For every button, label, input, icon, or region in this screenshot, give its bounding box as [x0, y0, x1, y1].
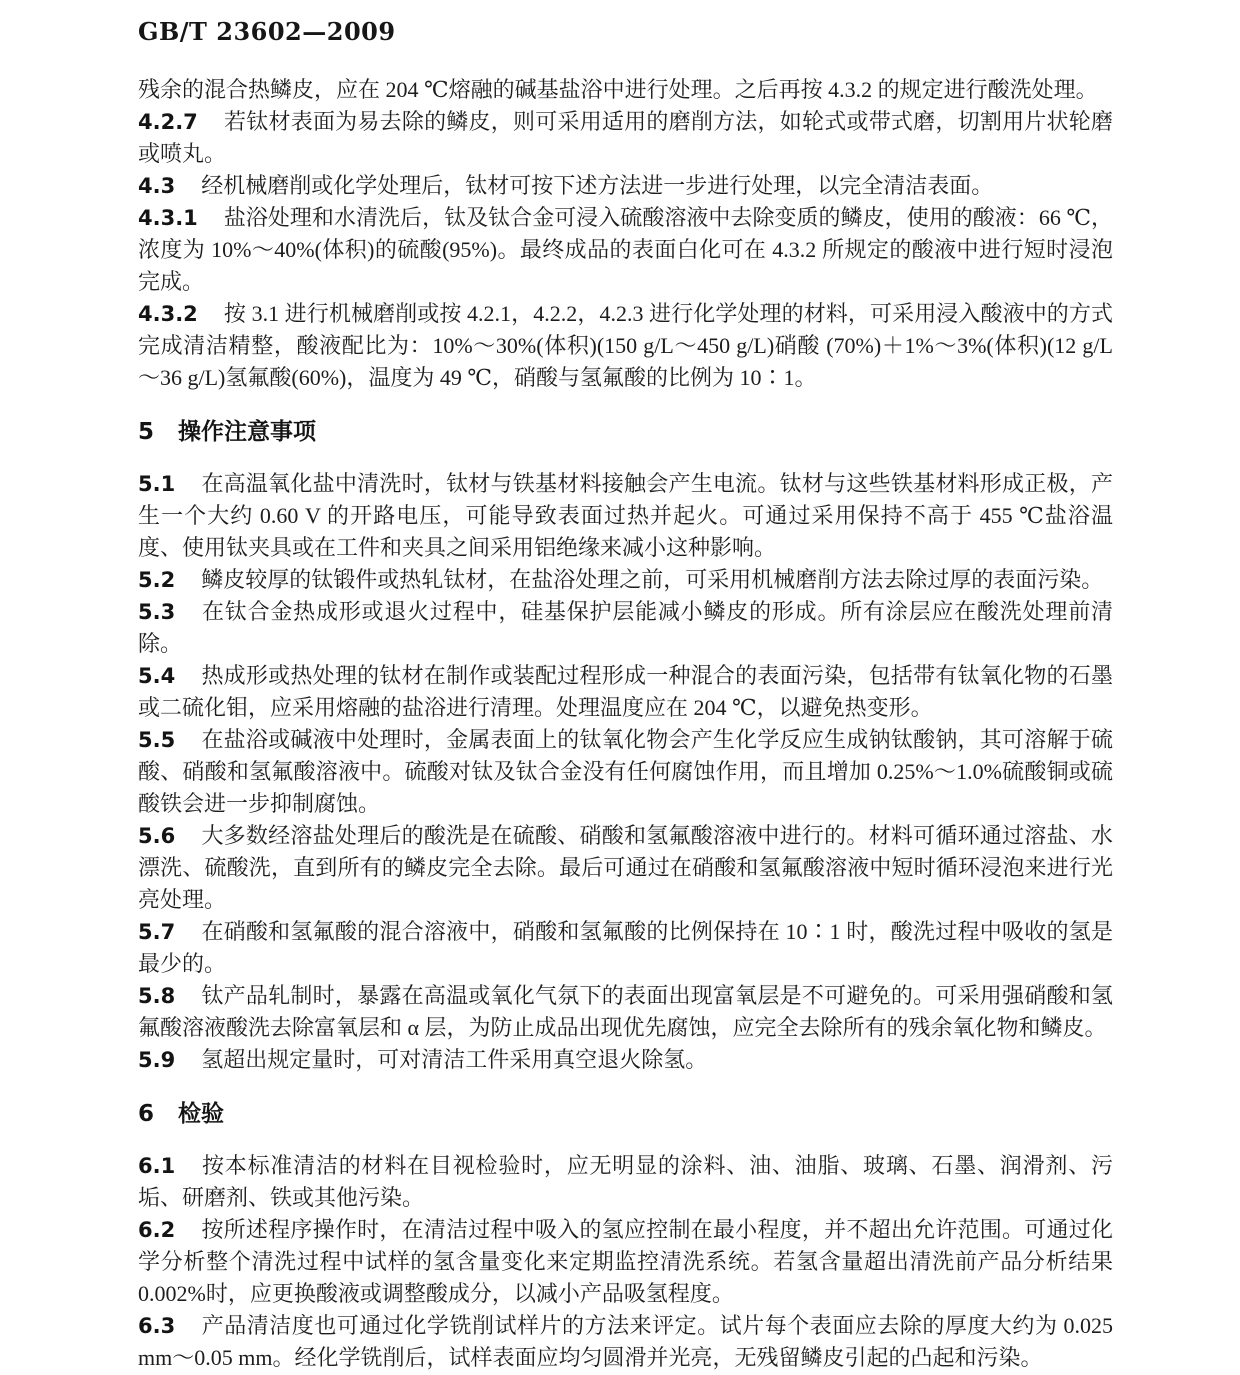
section-heading: 5操作注意事项 — [138, 416, 1113, 448]
clause-text: 操作注意事项 — [178, 419, 316, 445]
clause-number: 5 — [138, 419, 154, 445]
clause-number: 4.3.2 — [138, 302, 198, 326]
clause-number: 5.4 — [138, 664, 175, 688]
clause-paragraph: 5.7在硝酸和氢氟酸的混合溶液中，硝酸和氢氟酸的比例保持在 10∶1 时，酸洗过… — [138, 916, 1113, 980]
clause-paragraph: 5.9氢超出规定量时，可对清洁工件采用真空退火除氢。 — [138, 1044, 1113, 1076]
clause-paragraph: 5.4热成形或热处理的钛材在制作或装配过程形成一种混合的表面污染，包括带有钛氧化… — [138, 660, 1113, 724]
clause-paragraph: 5.1在高温氧化盐中清洗时，钛材与铁基材料接触会产生电流。钛材与这些铁基材料形成… — [138, 468, 1113, 564]
clause-number: 4.3 — [138, 174, 175, 198]
scanned-standard-page: GB/T 23602—2009 残余的混合热鳞皮，应在 204 ℃熔融的碱基盐浴… — [0, 0, 1240, 1375]
clause-number: 6.3 — [138, 1314, 175, 1338]
clause-text: 检验 — [178, 1101, 224, 1127]
clause-paragraph: 5.3在钛合金热成形或退火过程中，硅基保护层能减小鳞皮的形成。所有涂层应在酸洗处… — [138, 596, 1113, 660]
clause-number: 6 — [138, 1101, 154, 1127]
clause-text: 热成形或热处理的钛材在制作或装配过程形成一种混合的表面污染，包括带有钛氧化物的石… — [138, 663, 1113, 720]
clause-text: 按 3.1 进行机械磨削或按 4.2.1，4.2.2，4.2.3 进行化学处理的… — [138, 301, 1113, 390]
clause-text: 在硝酸和氢氟酸的混合溶液中，硝酸和氢氟酸的比例保持在 10∶1 时，酸洗过程中吸… — [138, 919, 1113, 976]
clause-number: 5.6 — [138, 824, 175, 848]
clause-text: 在钛合金热成形或退火过程中，硅基保护层能减小鳞皮的形成。所有涂层应在酸洗处理前清… — [138, 599, 1113, 656]
clause-number: 5.2 — [138, 568, 175, 592]
clause-number: 5.1 — [138, 472, 175, 496]
clause-number: 5.9 — [138, 1048, 175, 1072]
clause-number: 6.1 — [138, 1154, 175, 1178]
clause-text: 在高温氧化盐中清洗时，钛材与铁基材料接触会产生电流。钛材与这些铁基材料形成正极，… — [138, 471, 1113, 560]
clause-number: 6.2 — [138, 1218, 175, 1242]
clause-text: 在盐浴或碱液中处理时，金属表面上的钛氧化物会产生化学反应生成钠钛酸钠，其可溶解于… — [138, 727, 1113, 816]
clause-text: 残余的混合热鳞皮，应在 204 ℃熔融的碱基盐浴中进行处理。之后再按 4.3.2… — [138, 77, 1098, 102]
clause-paragraph: 6.1按本标准清洁的材料在目视检验时，应无明显的涂料、油、油脂、玻璃、石墨、润滑… — [138, 1150, 1113, 1214]
clause-text: 若钛材表面为易去除的鳞皮，则可采用适用的磨削方法，如轮式或带式磨，切割用片状轮磨… — [138, 109, 1113, 166]
clause-paragraph: 5.5在盐浴或碱液中处理时，金属表面上的钛氧化物会产生化学反应生成钠钛酸钠，其可… — [138, 724, 1113, 820]
clause-text: 按本标准清洁的材料在目视检验时，应无明显的涂料、油、油脂、玻璃、石墨、润滑剂、污… — [138, 1153, 1113, 1210]
clause-text: 按所述程序操作时，在清洁过程中吸入的氢应控制在最小程度，并不超出允许范围。可通过… — [138, 1217, 1113, 1306]
clause-number: 4.2.7 — [138, 110, 198, 134]
clause-number: 5.5 — [138, 728, 175, 752]
clause-text: 氢超出规定量时，可对清洁工件采用真空退火除氢。 — [201, 1047, 707, 1072]
clause-number: 5.3 — [138, 600, 175, 624]
standard-number-header: GB/T 23602—2009 — [138, 16, 1113, 48]
clause-text: 鳞皮较厚的钛锻件或热轧钛材，在盐浴处理之前，可采用机械磨削方法去除过厚的表面污染… — [201, 567, 1103, 592]
clause-text: 盐浴处理和水清洗后，钛及钛合金可浸入硫酸溶液中去除变质的鳞皮，使用的酸液：66 … — [138, 205, 1113, 294]
clause-text: 钛产品轧制时，暴露在高温或氧化气氛下的表面出现富氧层是不可避免的。可采用强硝酸和… — [138, 983, 1113, 1040]
page-content: GB/T 23602—2009 残余的混合热鳞皮，应在 204 ℃熔融的碱基盐浴… — [138, 16, 1113, 1374]
clause-paragraph: 6.3产品清洁度也可通过化学铣削试样片的方法来评定。试片每个表面应去除的厚度大约… — [138, 1310, 1113, 1374]
clause-paragraph: 残余的混合热鳞皮，应在 204 ℃熔融的碱基盐浴中进行处理。之后再按 4.3.2… — [138, 74, 1113, 106]
clause-paragraph: 5.8钛产品轧制时，暴露在高温或氧化气氛下的表面出现富氧层是不可避免的。可采用强… — [138, 980, 1113, 1044]
clause-text: 产品清洁度也可通过化学铣削试样片的方法来评定。试片每个表面应去除的厚度大约为 0… — [138, 1313, 1113, 1370]
clause-number: 5.8 — [138, 984, 175, 1008]
clause-paragraph: 6.2按所述程序操作时，在清洁过程中吸入的氢应控制在最小程度，并不超出允许范围。… — [138, 1214, 1113, 1310]
clause-paragraph: 4.3.1盐浴处理和水清洗后，钛及钛合金可浸入硫酸溶液中去除变质的鳞皮，使用的酸… — [138, 202, 1113, 298]
clause-paragraph: 4.2.7若钛材表面为易去除的鳞皮，则可采用适用的磨削方法，如轮式或带式磨，切割… — [138, 106, 1113, 170]
section-heading: 6检验 — [138, 1098, 1113, 1130]
clause-number: 5.7 — [138, 920, 175, 944]
clause-paragraph: 4.3经机械磨削或化学处理后，钛材可按下述方法进一步进行处理，以完全清洁表面。 — [138, 170, 1113, 202]
clause-text: 大多数经溶盐处理后的酸洗是在硫酸、硝酸和氢氟酸溶液中进行的。材料可循环通过溶盐、… — [138, 823, 1113, 912]
clause-text: 经机械磨削或化学处理后，钛材可按下述方法进一步进行处理，以完全清洁表面。 — [201, 173, 993, 198]
clause-number: 4.3.1 — [138, 206, 198, 230]
document-body: 残余的混合热鳞皮，应在 204 ℃熔融的碱基盐浴中进行处理。之后再按 4.3.2… — [138, 74, 1113, 1374]
clause-paragraph: 5.2鳞皮较厚的钛锻件或热轧钛材，在盐浴处理之前，可采用机械磨削方法去除过厚的表… — [138, 564, 1113, 596]
clause-paragraph: 4.3.2按 3.1 进行机械磨削或按 4.2.1，4.2.2，4.2.3 进行… — [138, 298, 1113, 394]
clause-paragraph: 5.6大多数经溶盐处理后的酸洗是在硫酸、硝酸和氢氟酸溶液中进行的。材料可循环通过… — [138, 820, 1113, 916]
